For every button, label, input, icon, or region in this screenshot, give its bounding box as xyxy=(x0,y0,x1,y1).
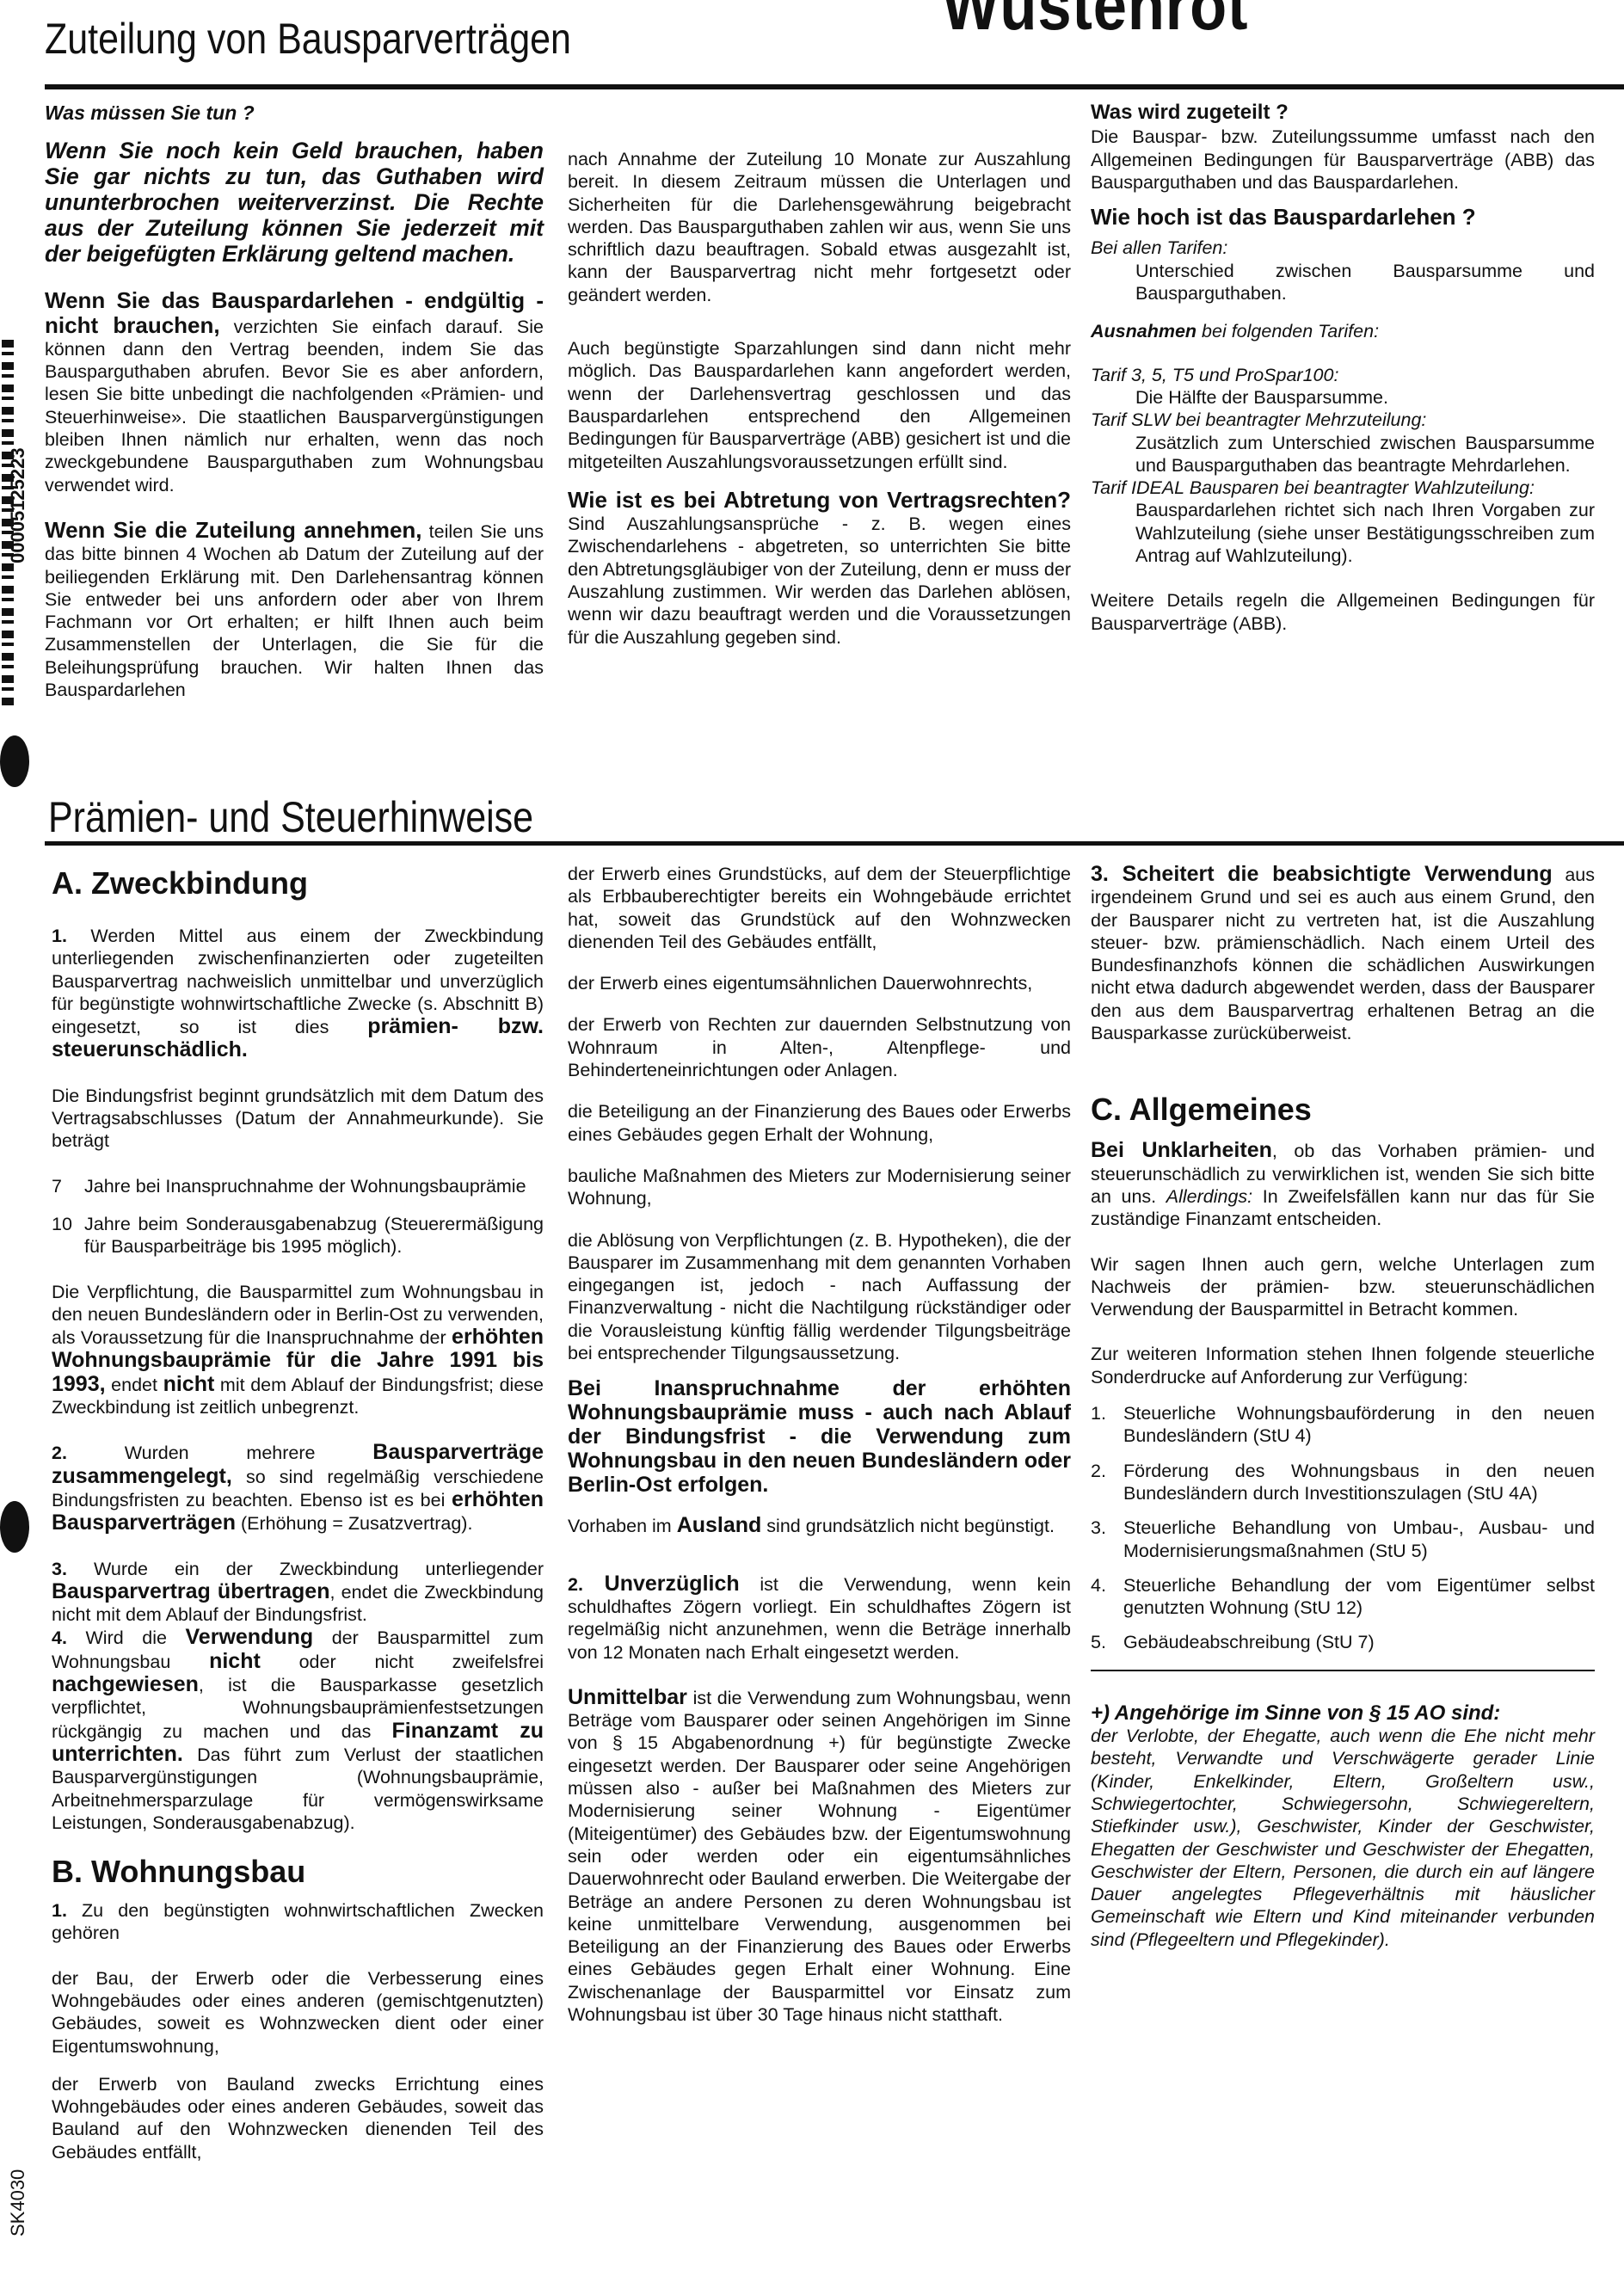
heading-loan-amount: Wie hoch ist das Bauspardarlehen ? xyxy=(1091,206,1595,228)
purpose-item: der Bau, der Erwerb oder die Verbesserun… xyxy=(52,1967,544,2058)
special-print-item: 1.Steuerliche Wohnungsbauförderung in de… xyxy=(1091,1402,1595,1448)
all-tariffs-text: Unterschied zwischen Bausparsumme und Ba… xyxy=(1091,260,1595,305)
paragraph-allocated: Die Bauspar- bzw. Zuteilungssumme umfass… xyxy=(1091,126,1595,194)
purpose-item: die Ablösung von Verpflichtungen (z. B. … xyxy=(568,1229,1071,1365)
paragraph-b3: 3. Scheitert die beabsichtigte Verwendun… xyxy=(1091,863,1595,1044)
special-print-item: 2.Förderung des Wohnungsbaus in den neue… xyxy=(1091,1460,1595,1505)
page-title: Zuteilung von Bausparverträgen xyxy=(45,17,571,60)
purpose-item: der Erwerb eines eigentumsähnlichen Daue… xyxy=(568,972,1071,994)
paragraph-further-info: Zur weiteren Information stehen Ihnen fo… xyxy=(1091,1343,1595,1388)
paragraph-abroad: Vorhaben im Ausland sind grundsätzlich n… xyxy=(568,1514,1071,1537)
paragraph-b1: 1. Zu den begünstigten wohnwirtschaftlic… xyxy=(52,1899,544,1945)
paragraph-obligation: Die Verpflichtung, die Bausparmittel zum… xyxy=(52,1281,544,1419)
special-print-item: 4.Steuerliche Behandlung der vom Eigentü… xyxy=(1091,1574,1595,1620)
purpose-item: der Erwerb von Bauland zwecks Errichtung… xyxy=(52,2073,544,2163)
form-code: SK4030 xyxy=(7,2169,29,2237)
section-title-hinweise: Prämien- und Steuerhinweise xyxy=(48,796,533,839)
paragraph-a4: 4. Wird die Verwendung der Bausparmittel… xyxy=(52,1626,544,1834)
hinweise-middle-column: der Erwerb eines Grundstücks, auf dem de… xyxy=(568,863,1071,2048)
all-tariffs-label: Bei allen Tarifen: xyxy=(1091,237,1595,259)
paragraph-b2: 2. Unverzüglich ist die Verwendung, wenn… xyxy=(568,1572,1071,1664)
paragraph-binding-period: Die Bindungsfrist beginnt grundsätzlich … xyxy=(52,1085,544,1153)
lead-paragraph: Wenn Sie noch kein Geld brauchen, haben … xyxy=(45,138,544,267)
special-print-item: 5.Gebäudeabschreibung (StU 7) xyxy=(1091,1631,1595,1653)
closing-note: Weitere Details regeln die Allgemeinen B… xyxy=(1091,589,1595,635)
term-item: 10Jahre beim Sonderausgabenabzug (Steuer… xyxy=(52,1213,544,1258)
tariff-text: Bauspardarlehen richtet sich nach Ihren … xyxy=(1091,499,1595,567)
zuteilung-middle-column: nach Annahme der Zuteilung 10 Monate zur… xyxy=(568,148,1071,671)
document-number: 00005125223 xyxy=(7,447,29,563)
purpose-item: bauliche Maßnahmen des Mieters zur Moder… xyxy=(568,1165,1071,1210)
paragraph-a3: 3. Wurde ein der Zweckbindung unterliege… xyxy=(52,1558,544,1627)
paragraph-documents: Wir sagen Ihnen auch gern, welche Unterl… xyxy=(1091,1253,1595,1321)
hinweise-right-column: 3. Scheitert die beabsichtigte Verwendun… xyxy=(1091,863,1595,1973)
footnote-heading: +) Angehörige im Sinne von § 15 AO sind: xyxy=(1091,1702,1595,1725)
purpose-item: der Erwerb von Rechten zur dauernden Sel… xyxy=(568,1013,1071,1081)
bold-notice: Bei Inanspruchnahme der erhöhten Wohnung… xyxy=(568,1376,1071,1497)
term-item: 7Jahre bei Inanspruchnahme der Wohnungsb… xyxy=(52,1175,544,1197)
question-heading: Was müssen Sie tun ? xyxy=(45,102,544,124)
hinweise-left-column: A. Zweckbindung 1. Werden Mittel aus ein… xyxy=(52,864,544,2186)
section-b-heading: B. Wohnungsbau xyxy=(52,1853,544,1891)
zuteilung-left-column: Was müssen Sie tun ? Wenn Sie noch kein … xyxy=(45,102,544,723)
footnote-text: der Verlobte, der Ehegatte, auch wenn di… xyxy=(1091,1725,1595,1951)
heading-allocated: Was wird zugeteilt ? xyxy=(1091,102,1595,124)
tariff-label: Tarif 3, 5, T5 und ProSpar100: xyxy=(1091,364,1595,386)
section-a-heading: A. Zweckbindung xyxy=(52,864,544,902)
paragraph-a2: 2. Wurden mehrere Bausparverträge zusamm… xyxy=(52,1441,544,1535)
title-divider xyxy=(45,84,1624,89)
paragraph-direct: Unmittelbar ist die Verwendung zum Wohnu… xyxy=(568,1686,1071,2026)
punch-hole-mark xyxy=(0,735,29,787)
paragraph-savings: Auch begünstigte Sparzahlungen sind dann… xyxy=(568,337,1071,473)
special-print-item: 3.Steuerliche Behandlung von Umbau-, Aus… xyxy=(1091,1517,1595,1562)
paragraph-a1: 1. Werden Mittel aus einem der Zweckbind… xyxy=(52,925,544,1062)
section-c-heading: C. Allgemeines xyxy=(1091,1091,1595,1129)
zuteilung-right-column: Was wird zugeteilt ? Die Bauspar- bzw. Z… xyxy=(1091,102,1595,657)
paragraph-assignment: Wie ist es bei Abtretung von Vertragsrec… xyxy=(568,489,1071,649)
tariff-text: Zusätzlich zum Unterschied zwischen Baus… xyxy=(1091,432,1595,477)
paragraph-accept: Wenn Sie die Zuteilung annehmen, teilen … xyxy=(45,519,544,701)
exceptions-label: Ausnahmen bei folgenden Tarifen: xyxy=(1091,320,1595,342)
tariff-text: Die Hälfte der Bausparsumme. xyxy=(1091,386,1595,409)
section-divider xyxy=(45,841,1624,846)
paragraph-unclear: Bei Unklarheiten, ob das Vorhaben prämie… xyxy=(1091,1139,1595,1230)
footnote-divider xyxy=(1091,1670,1595,1671)
paragraph-payout: nach Annahme der Zuteilung 10 Monate zur… xyxy=(568,148,1071,306)
purpose-item: der Erwerb eines Grundstücks, auf dem de… xyxy=(568,863,1071,953)
punch-hole-mark xyxy=(0,1501,29,1553)
tariff-label: Tarif IDEAL Bausparen bei beantragter Wa… xyxy=(1091,477,1595,499)
paragraph-not-needed: Wenn Sie das Bauspardarlehen - endgültig… xyxy=(45,289,544,496)
purpose-item: die Beteiligung an der Finanzierung des … xyxy=(568,1100,1071,1146)
brand-logo: Wüstenrot xyxy=(942,0,1248,41)
tariff-label: Tarif SLW bei beantragter Mehrzuteilung: xyxy=(1091,409,1595,431)
